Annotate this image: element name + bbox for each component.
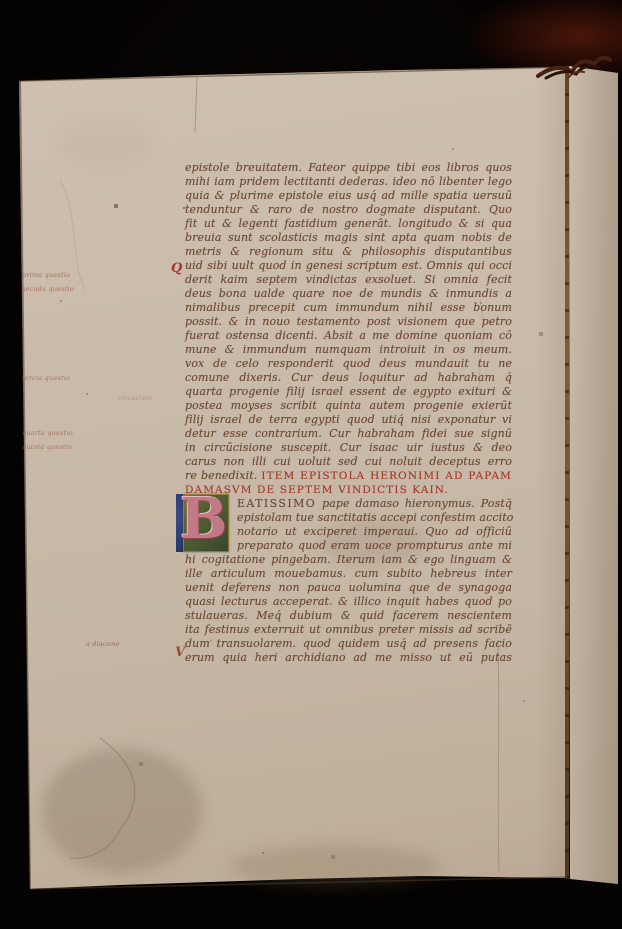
- text-line: erum quia heri archidiano ad me misso ut…: [185, 651, 512, 665]
- body-text: dum transuolarem. quod quidem usq́ ad pr…: [185, 637, 512, 650]
- body-text: fit ut & legenti fastidium generāt. long…: [185, 217, 512, 230]
- body-text: filij israel de terra egypti quod utiq́ …: [185, 413, 512, 426]
- margin-note: quinta questio: [22, 443, 72, 451]
- text-line: carus non illi cui uoluit sed cui noluit…: [185, 455, 512, 469]
- text-line: stulaueras. Meq́ dubium & quid facerem n…: [185, 609, 512, 623]
- text-line: epistolam tue sanctitatis accepi confest…: [185, 511, 512, 525]
- body-text: comune dixeris. Cur deus loquitur ad hab…: [185, 371, 512, 384]
- margin-note: secuda questio: [22, 285, 74, 293]
- parchment-stain: [42, 748, 202, 873]
- parchment-stain: [230, 845, 440, 887]
- body-text: metris & regionum situ & philosophis dis…: [185, 245, 512, 258]
- text-line: hi cogitatione pingebam. Iterum iam & eg…: [185, 553, 512, 567]
- initial-panel: B: [183, 494, 229, 552]
- rubric-text: ITEM EPISTOLA HERONIMI AD PAPAM: [261, 470, 512, 482]
- body-text: quarta progenie filij israel essent de e…: [185, 385, 512, 398]
- text-line: in circūcisione suscepit. Cur isaac uir …: [185, 441, 512, 455]
- text-line: filij israel de terra egypti quod utiq́ …: [185, 413, 512, 427]
- headband-tuft: [528, 42, 614, 82]
- body-text: mihi iam pridem lectitanti dederas. ideo…: [185, 175, 512, 188]
- body-text: epistole breuitatem. Fateor quippe tibi …: [185, 161, 512, 174]
- body-text: postea moyses scribit quinta autem proge…: [185, 399, 512, 412]
- text-line: mune & immundum numquam introiuit in os …: [185, 343, 512, 357]
- text-line: EATISSIMO pape damaso hieronymus. Postq̄: [185, 497, 512, 511]
- text-line: derit kaim septem vindictas exsoluet. Si…: [185, 273, 512, 287]
- text-line: breuia sunt scolasticis magis sint apta …: [185, 231, 512, 245]
- body-text: deus bona ualde quare noe de mundis & in…: [185, 287, 512, 300]
- body-text: erum quia heri archidiano ad me misso ut…: [185, 651, 512, 664]
- body-text: carus non illi cui uoluit sed cui noluit…: [185, 455, 512, 468]
- text-line: mihi iam pridem lectitanti dederas. ideo…: [185, 175, 512, 189]
- body-text: in circūcisione suscepit. Cur isaac uir …: [185, 441, 512, 454]
- text-line: uenit deferens non pauca uolumina que de…: [185, 581, 512, 595]
- text-line: quarta progenie filij israel essent de e…: [185, 385, 512, 399]
- margin-note: quarta questio: [22, 429, 73, 437]
- parchment-stain: [60, 120, 150, 170]
- body-text: pape damaso hieronymus. Postq̄: [316, 497, 512, 510]
- parchment-specks: [0, 0, 2, 2]
- margin-note: circucisio: [118, 394, 152, 402]
- text-line: possit. & in nouo testamento post vision…: [185, 315, 512, 329]
- text-line: ita festinus exterruit ut omnibus preter…: [185, 623, 512, 637]
- binding-gutter: [565, 66, 569, 879]
- body-text: ille articulum mouebamus. cum subito heb…: [185, 567, 512, 580]
- body-text: quia & plurime epistole eius usq́ ad mil…: [185, 189, 512, 202]
- book-photo: epistole breuitatem. Fateor quippe tibi …: [0, 0, 622, 929]
- text-line: detur esse contrarium. Cur habraham fide…: [185, 427, 512, 441]
- body-text: quasi lecturus acceperat. & illico inqui…: [185, 595, 512, 608]
- margin-initial-v: V: [175, 645, 185, 660]
- body-text: derit kaim septem vindictas exsoluet. Si…: [185, 273, 512, 286]
- text-line: notario ut exciperet imperaui. Quo ad of…: [185, 525, 512, 539]
- text-line: epistole breuitatem. Fateor quippe tibi …: [185, 161, 512, 175]
- text-line: postea moyses scribit quinta autem proge…: [185, 399, 512, 413]
- text-line: fit ut & legenti fastidium generāt. long…: [185, 217, 512, 231]
- text-line: tenduntur & raro de nostro dogmate dispu…: [185, 203, 512, 217]
- body-text: stulaueras. Meq́ dubium & quid facerem n…: [185, 609, 512, 622]
- margin-note: prima questio: [22, 271, 70, 279]
- body-text: re benedixit.: [185, 469, 261, 482]
- body-text: fuerat ostensa dicenti. Absit a me domin…: [185, 329, 512, 342]
- text-line: fuerat ostensa dicenti. Absit a me domin…: [185, 329, 512, 343]
- text-line: metris & regionum situ & philosophis dis…: [185, 245, 512, 259]
- text-line: comune dixeris. Cur deus loquitur ad hab…: [185, 371, 512, 385]
- body-text: uid sibi uult quod in genesi scriptum es…: [185, 259, 512, 272]
- body-text: vox de celo responderit quod deus mundau…: [185, 357, 512, 370]
- text-line: ille articulum mouebamus. cum subito heb…: [185, 567, 512, 581]
- body-text: EATISSIMO: [237, 497, 316, 510]
- text-line: vox de celo responderit quod deus mundau…: [185, 357, 512, 371]
- text-column: epistole breuitatem. Fateor quippe tibi …: [185, 161, 512, 665]
- text-line: dum transuolarem. quod quidem usq́ ad pr…: [185, 637, 512, 651]
- margin-note: a diacono: [86, 640, 120, 648]
- body-text: tenduntur & raro de nostro dogmate dispu…: [185, 203, 512, 216]
- text-line: uid sibi uult quod in genesi scriptum es…: [185, 259, 512, 273]
- margin-initial-q: Q: [171, 261, 182, 276]
- body-text: possit. & in nouo testamento post vision…: [185, 315, 512, 328]
- body-text: preparato quod eram uoce prompturus ante…: [237, 539, 512, 552]
- body-text: notario ut exciperet imperaui. Quo ad of…: [237, 525, 512, 538]
- text-line: deus bona ualde quare noe de mundis & in…: [185, 287, 512, 301]
- illuminated-initial: B: [176, 494, 229, 552]
- body-text: nimalibus precepit cum immundum nihil es…: [185, 301, 512, 314]
- body-text: mune & immundum numquam introiuit in os …: [185, 343, 512, 356]
- text-line: re benedixit. ITEM EPISTOLA HERONIMI AD …: [185, 469, 512, 483]
- body-text: epistolam tue sanctitatis accepi confest…: [237, 511, 513, 524]
- text-line: preparato quod eram uoce prompturus ante…: [185, 539, 512, 553]
- body-text: uenit deferens non pauca uolumina que de…: [185, 581, 512, 594]
- margin-note: tercia questio: [22, 374, 70, 382]
- text-line: DAMASVM DE SEPTEM VINDICTIS KAIN.: [185, 483, 512, 497]
- text-line: quia & plurime epistole eius usq́ ad mil…: [185, 189, 512, 203]
- text-line: nimalibus precepit cum immundum nihil es…: [185, 301, 512, 315]
- body-text: ita festinus exterruit ut omnibus preter…: [185, 623, 512, 636]
- body-text: detur esse contrarium. Cur habraham fide…: [185, 427, 512, 440]
- text-line: quasi lecturus acceperat. & illico inqui…: [185, 595, 512, 609]
- initial-letter-b: B: [180, 487, 227, 551]
- body-text: breuia sunt scolasticis magis sint apta …: [185, 231, 512, 244]
- body-text: hi cogitatione pingebam. Iterum iam & eg…: [185, 553, 512, 566]
